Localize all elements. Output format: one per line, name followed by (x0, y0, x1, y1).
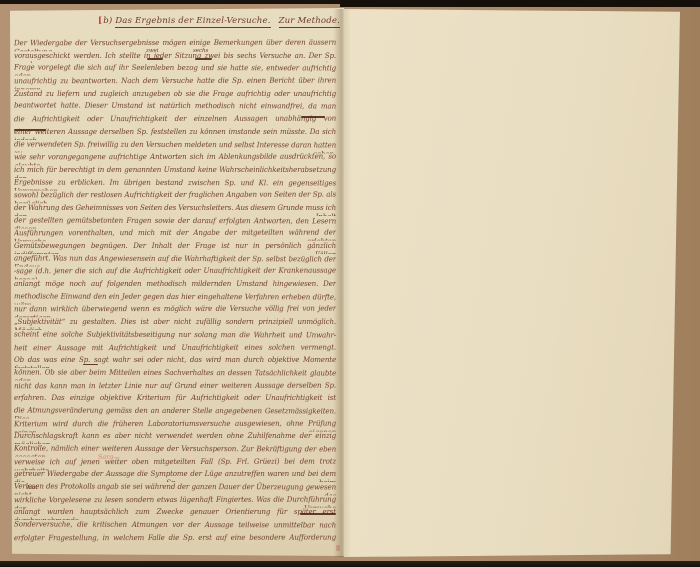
manuscript-line: Kontrolle, nämlich einer weiteren Aussag… (14, 443, 336, 457)
manuscript-line: Sonderversuche, die kritischen Atmungen … (14, 520, 336, 534)
manuscript-line: scheint eine solche Subjektivitätsbeseit… (14, 329, 336, 343)
red-margin-tick (336, 545, 340, 551)
manuscript-line: Ob das was eine Sp. sagt wahr sei oder n… (14, 355, 336, 368)
heading-title: Das Ergebnis der Einzel-Versuche. (115, 16, 270, 28)
manuscript-line: getreuer Wiedergabe der Aussage die Symp… (14, 469, 336, 482)
manuscript-line: einer weiteren Aussage derselben Sp. fes… (14, 127, 336, 140)
manuscript-line: beantwortet hatte. Dieser Umstand ist na… (14, 101, 336, 115)
manuscript-body: Der Wiedergabe der Versuchsergebnisse mö… (14, 38, 336, 546)
manuscript-line: nicht das kann man in letzter Linie nur … (14, 380, 336, 393)
manuscript-line: unaufrichtig zu beantworten. Nach dem Ve… (14, 76, 336, 89)
manuscript-line: sowohl bezüglich der restlosen Aufrichti… (14, 190, 336, 203)
manuscript-line: anlangt wurden hauptsächlich zum Zwecke … (14, 507, 336, 520)
film-edge-bottom (0, 561, 700, 567)
underline-emphasis-mark (83, 364, 98, 365)
manuscript-line: -sage (d.h. jener die sich auf die Aufri… (14, 266, 336, 279)
manuscript-line: die Atmungsveränderung gemäss den an and… (14, 405, 336, 419)
heading-prefix: b) (103, 16, 112, 26)
manuscript-line: können. Ob sie aber beim Mitteilen eines… (14, 367, 336, 381)
manuscript-line: erfolgter Fragestellung, in welchem Fall… (14, 532, 336, 545)
superscript-correction: laut (27, 485, 38, 491)
film-edge-top-right (340, 0, 700, 7)
heading-subtitle: Zur Methode. (279, 16, 341, 28)
manuscript-line: Kriterium wird durch die früheren Labora… (14, 418, 336, 431)
manuscript-line: Zustand zu liefern und zugleich anzugebe… (14, 89, 336, 102)
manuscript-line: anlangt möge noch auf folgenden methodis… (14, 279, 336, 292)
manuscript-line: die verwendeten Sp. freiwillig zu den Ve… (14, 139, 336, 153)
manuscript-line: der Wahrung des Geheimnisses von Seiten … (14, 203, 336, 216)
superscript-correction: zwei (146, 48, 158, 54)
manuscript-line: Ergebnisse zu erblicken. Im übrigen best… (14, 177, 336, 191)
manuscript-line: wie sehr vorangegangene aufrichtige Antw… (14, 152, 336, 165)
red-bracket-mark: [ (98, 16, 102, 26)
strikethrough-mark (301, 116, 325, 118)
manuscript-line: Ausführungen vorenthalten, und mich mit … (14, 228, 336, 241)
strikethrough-mark (195, 58, 212, 60)
manuscript-line: Verlesen des Protokolls angab sie sei wä… (14, 482, 336, 496)
manuscript-line: heit einer Aussage mit Aufrichtigkeit un… (14, 342, 336, 355)
strikethrough-mark (300, 513, 336, 515)
manuscript-page-left: [b) Das Ergebnis der Einzel-Versuche. Zu… (10, 8, 344, 556)
manuscript-line: Der Wiedergabe der Versuchsergebnisse mö… (14, 38, 336, 51)
manuscript-line: erfahren. Das einzige objektive Kriteriu… (14, 393, 336, 406)
manuscript-line: ich mich für berechtigt in dem genannten… (14, 165, 336, 178)
manuscript-photo: [b) Das Ergebnis der Einzel-Versuche. Zu… (0, 0, 700, 567)
manuscript-line: nur dann wirklich überwiegend wenn es mö… (14, 304, 336, 317)
manuscript-line: vorausgeschickt werden. Ich stellte in j… (14, 51, 336, 64)
strikethrough-mark (147, 58, 163, 60)
manuscript-line: Frage vorgelegt die sich auf ihr Seelenl… (14, 63, 336, 77)
manuscript-line: verweise ich auf jenen weiter oben mitge… (14, 456, 336, 469)
manuscript-page-right-blank (344, 9, 680, 557)
superscript-correction: sechs (193, 48, 208, 54)
manuscript-line: Gemütsbewegungen begnügen. Der Inhalt de… (14, 241, 336, 254)
strikethrough-mark (14, 129, 46, 131)
manuscript-line: die Aufrichtigkeit oder Unaufrichtigkeit… (14, 114, 336, 127)
red-ink-insertion: Sarg— (98, 453, 120, 461)
section-heading: [b) Das Ergebnis der Einzel-Versuche. Zu… (98, 16, 340, 26)
manuscript-line: „Subjektivität“ zu gestalten. Dies ist a… (14, 317, 336, 330)
manuscript-line: der gestellten gemütsbetonten Fragen sow… (14, 215, 336, 229)
manuscript-line: Durchschlagskraft kann es aber nicht ver… (14, 431, 336, 444)
manuscript-line: wirkliche Vorgelesene zu lesen sondern e… (14, 494, 336, 507)
